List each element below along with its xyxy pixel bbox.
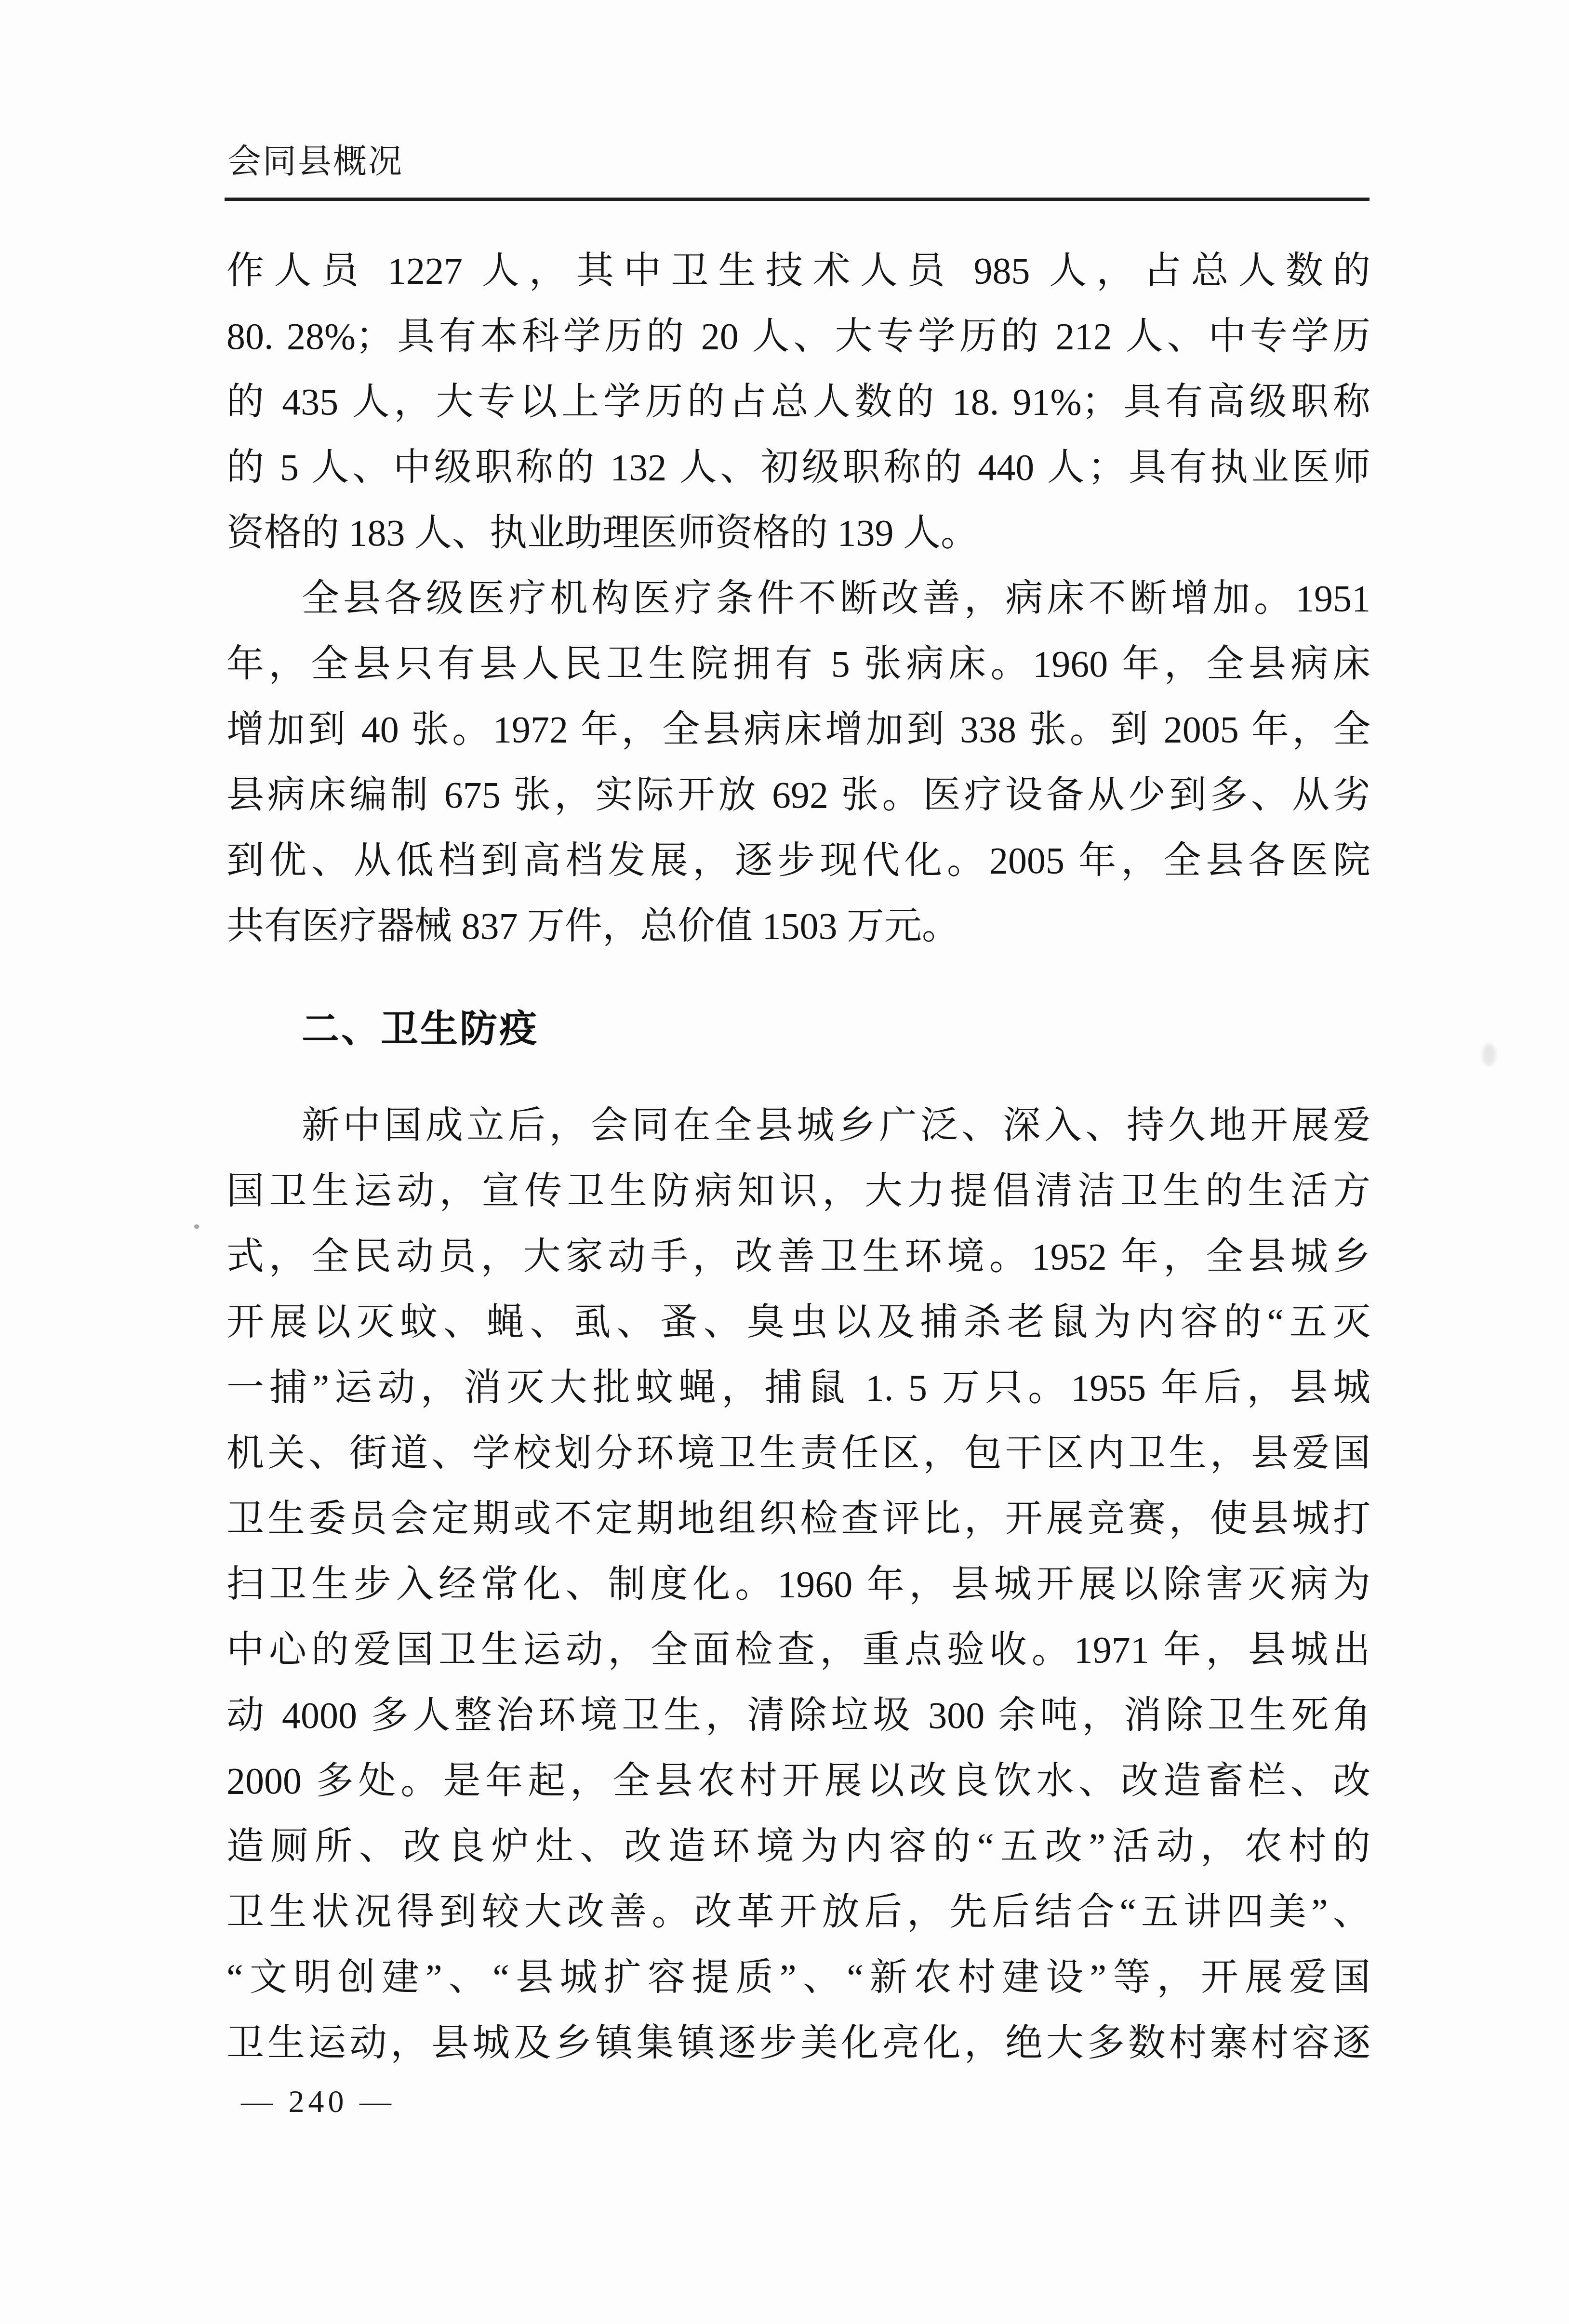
- text-line: 共有医疗器械 837 万件，总价值 1503 万元。: [226, 893, 1370, 959]
- text-line: 卫生状况得到较大改善。改革开放后，先后结合“五讲四美”、: [226, 1879, 1370, 1945]
- text-line: 卫生运动，县城及乡镇集镇逐步美化亮化，绝大多数村寨村容逐: [226, 2010, 1370, 2076]
- text-line: 县病床编制 675 张，实际开放 692 张。医疗设备从少到多、从劣: [226, 762, 1370, 828]
- text-line: 国卫生运动，宣传卫生防病知识，大力提倡清洁卫生的生活方: [226, 1158, 1370, 1224]
- running-header-title: 会同县概况: [227, 144, 403, 181]
- scan-artifact-dot: [194, 1224, 199, 1229]
- page-number: — 240 —: [241, 2080, 395, 2124]
- text-line: 作人员 1227 人，其中卫生技术人员 985 人，占总人数的: [226, 238, 1370, 304]
- text-line: 开展以灭蚊、蝇、虱、蚤、臭虫以及捕杀老鼠为内容的“五灭: [226, 1289, 1370, 1355]
- text-line: 年，全县只有县人民卫生院拥有 5 张病床。1960 年，全县病床: [226, 631, 1370, 697]
- text-line: 机关、街道、学校划分环境卫生责任区，包干区内卫生，县爱国: [226, 1421, 1370, 1486]
- text-line: 2000 多处。是年起，全县农村开展以改良饮水、改造畜栏、改: [226, 1748, 1370, 1814]
- text-line: 到优、从低档到高档发展，逐步现代化。2005 年，全县各医院: [226, 828, 1370, 893]
- text-line: 资格的 183 人、执业助理医师资格的 139 人。: [226, 500, 1370, 566]
- paragraph-patriotic-health-campaign: 新中国成立后，会同在全县城乡广泛、深入、持久地开展爱 国卫生运动，宣传卫生防病知…: [226, 1093, 1370, 2076]
- scan-artifact-smudge: [1482, 1044, 1496, 1066]
- paragraph-medical-staff: 作人员 1227 人，其中卫生技术人员 985 人，占总人数的 80. 28%；…: [226, 238, 1370, 566]
- text-line: 式，全民动员，大家动手，改善卫生环境。1952 年，全县城乡: [226, 1224, 1370, 1289]
- paragraph-hospital-beds: 全县各级医疗机构医疗条件不断改善，病床不断增加。1951 年，全县只有县人民卫生…: [226, 566, 1370, 959]
- header-rule-divider: [225, 198, 1370, 201]
- text-line: 造厕所、改良炉灶、改造环境为内容的“五改”活动，农村的: [226, 1814, 1370, 1879]
- text-line: 80. 28%；具有本科学历的 20 人、大专学历的 212 人、中专学历: [226, 304, 1370, 369]
- text-line: 新中国成立后，会同在全县城乡广泛、深入、持久地开展爱: [226, 1093, 1370, 1158]
- text-line: 中心的爱国卫生运动，全面检查，重点验收。1971 年，县城出: [226, 1617, 1370, 1683]
- text-line: 动 4000 多人整治环境卫生，清除垃圾 300 余吨，消除卫生死角: [226, 1683, 1370, 1748]
- text-line: 扫卫生步入经常化、制度化。1960 年，县城开展以除害灭病为: [226, 1552, 1370, 1617]
- text-line: “文明创建”、“县城扩容提质”、“新农村建设”等，开展爱国: [226, 1945, 1370, 2010]
- body-text-column-lower: 新中国成立后，会同在全县城乡广泛、深入、持久地开展爱 国卫生运动，宣传卫生防病知…: [226, 1093, 1370, 2076]
- text-line: 卫生委员会定期或不定期地组织检查评比，开展竞赛，使县城打: [226, 1486, 1370, 1552]
- text-line: 全县各级医疗机构医疗条件不断改善，病床不断增加。1951: [226, 566, 1370, 631]
- text-line: 一捕”运动，消灭大批蚊蝇，捕鼠 1. 5 万只。1955 年后，县城: [226, 1355, 1370, 1421]
- section-heading-epidemic-prevention: 二、卫生防疫: [226, 996, 539, 1062]
- text-line: 的 5 人、中级职称的 132 人、初级职称的 440 人；具有执业医师: [226, 435, 1370, 500]
- text-line: 增加到 40 张。1972 年，全县病床增加到 338 张。到 2005 年，全: [226, 697, 1370, 762]
- body-text-column-upper: 作人员 1227 人，其中卫生技术人员 985 人，占总人数的 80. 28%；…: [226, 238, 1370, 959]
- document-page: 会同县概况 作人员 1227 人，其中卫生技术人员 985 人，占总人数的 80…: [0, 0, 1569, 2324]
- text-line: 的 435 人，大专以上学历的占总人数的 18. 91%；具有高级职称: [226, 369, 1370, 435]
